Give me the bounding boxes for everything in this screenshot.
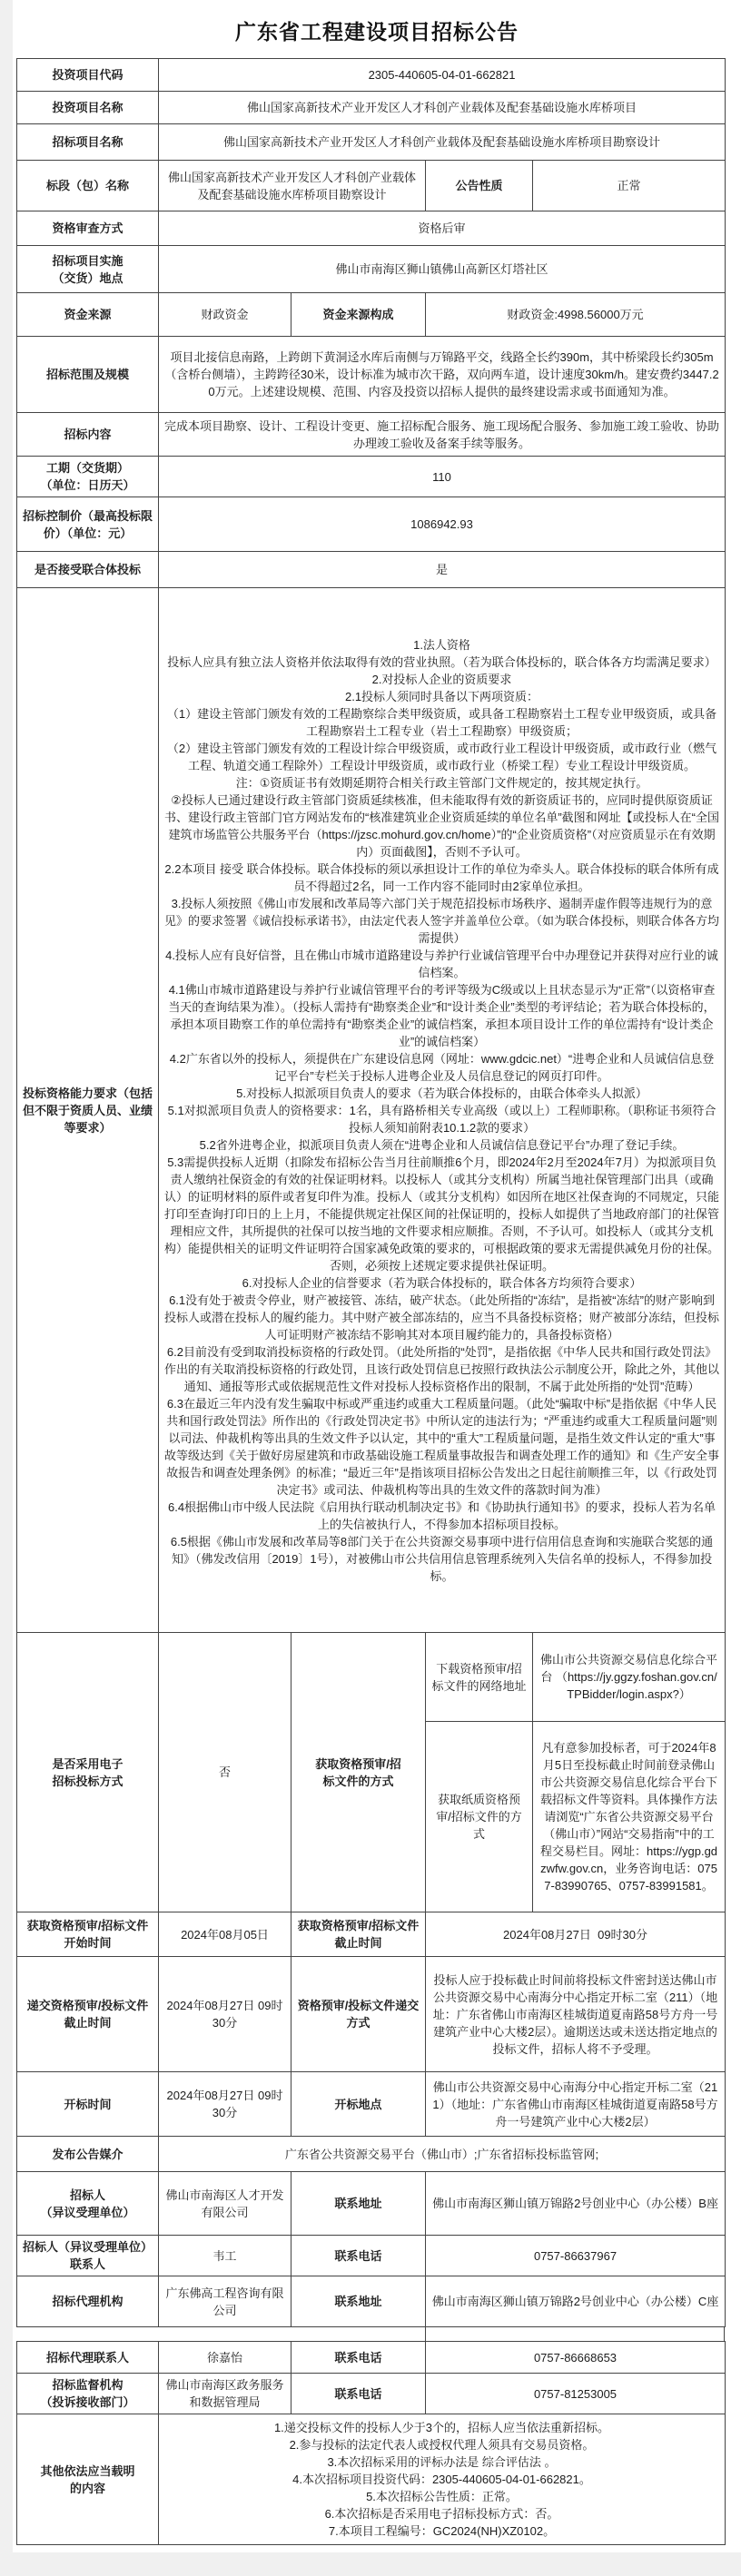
table-row: 招标人 （异议受理单位） 佛山市南海区人才开发有限公司 联系地址 佛山市南海区狮… [17, 2172, 726, 2236]
table-row: 招标内容 完成本项目勘察、设计、工程设计变更、施工招标配合服务、施工现场配合服务… [17, 413, 726, 457]
obtain-end-value: 2024年08月27日 09时30分 [426, 1912, 726, 1957]
bid-opening-time-label: 开标时间 [17, 2072, 159, 2137]
project-code-value: 2305-440605-04-01-662821 [159, 59, 726, 92]
table-row: 发布公告媒介 广东省公共资源交易平台（佛山市）;广东省招标投标监管网; [17, 2137, 726, 2172]
agency-label: 招标代理机构 [17, 2276, 159, 2327]
table-row: 招标代理机构 广东佛高工程咨询有限公司 联系地址 佛山市南海区狮山镇万锦路2号创… [17, 2276, 726, 2327]
scope-value: 项目北接信息南路，上跨朗下黄洞迳水库后南侧与万锦路平交，线路全长约390m，其中… [159, 337, 726, 413]
tenderer-contact-label: 招标人（异议受理单位）联系人 [17, 2236, 159, 2276]
supervisor-tel-label: 联系电话 [291, 2374, 426, 2414]
page-bottom-margin [0, 2552, 741, 2576]
table-gap [13, 2327, 741, 2341]
table-row: 递交资格预审/投标文件截止时间 2024年08月27日 09时30分 资格预审/… [17, 1957, 726, 2072]
section-name-label: 标段（包）名称 [17, 161, 159, 211]
location-value: 佛山市南海区狮山镇佛山高新区灯塔社区 [159, 246, 726, 293]
tenderer-tel-label: 联系电话 [291, 2236, 426, 2276]
contacts-table: 招标代理联系人 徐嘉怡 联系电话 0757-86668653 招标监督机构 （投… [16, 2341, 726, 2545]
agency-contact-label: 招标代理联系人 [17, 2342, 159, 2374]
tenderer-contact-value: 韦工 [159, 2236, 291, 2276]
funding-label: 资金来源 [17, 293, 159, 337]
agency-addr-value: 佛山市南海区狮山镇万锦路2号创业中心（办公楼）C座 [426, 2276, 726, 2327]
table-row: 招标人（异议受理单位）联系人 韦工 联系电话 0757-86637967 [17, 2236, 726, 2276]
tenderer-tel-value: 0757-86637967 [426, 2236, 726, 2276]
electronic-value: 否 [159, 1633, 291, 1912]
page-left-margin [0, 0, 13, 2576]
supervisor-label: 招标监督机构 （投诉接收部门） [17, 2374, 159, 2414]
qualification-label: 投标资格能力要求（包括但不限于资质人员、业绩等要求） [17, 588, 159, 1633]
submission-method-value: 投标人应于投标截止时间前将投标文件密封送达佛山市公共资源交易中心南海分中心指定开… [426, 1957, 726, 2072]
table-row: 是否采用电子 招标投标方式 否 获取资格预审/招 标文件的方式 下载资格预审/招… [17, 1633, 726, 1722]
qual-review-value: 资格后审 [159, 211, 726, 246]
project-code-label: 投资项目代码 [17, 59, 159, 92]
notice-nature-value: 正常 [533, 161, 726, 211]
table-row: 投资项目名称 佛山国家高新技术产业开发区人才科创产业载体及配套基础设施水库桥项目 [17, 92, 726, 124]
obtain-start-label: 获取资格预审/招标文件开始时间 [17, 1912, 159, 1957]
table-row: 开标时间 2024年08月27日 09时30分 开标地点 佛山市公共资源交易中心… [17, 2072, 726, 2137]
table-row: 投资项目代码 2305-440605-04-01-662821 [17, 59, 726, 92]
announcement-document: 广东省工程建设项目招标公告 投资项目代码 2305-440605-04-01-6… [13, 0, 741, 2545]
table-row: 招标项目实施 （交货）地点 佛山市南海区狮山镇佛山高新区灯塔社区 [17, 246, 726, 293]
table-row: 招标代理联系人 徐嘉怡 联系电话 0757-86668653 [17, 2342, 726, 2374]
table-row: 是否接受联合体投标 是 [17, 552, 726, 588]
supervisor-value: 佛山市南海区政务服务和数据管理局 [159, 2374, 291, 2414]
content-value: 完成本项目勘察、设计、工程设计变更、施工招标配合服务、施工现场配合服务、参加施工… [159, 413, 726, 457]
paper-method-label: 获取纸质资格预审/招标文件的方式 [426, 1722, 533, 1912]
page-title: 广东省工程建设项目招标公告 [13, 0, 741, 58]
table-row: 资金来源 财政资金 资金来源构成 财政资金:4998.56000万元 [17, 293, 726, 337]
table-row: 投标资格能力要求（包括但不限于资质人员、业绩等要求） 1.法人资格 投标人应具有… [17, 588, 726, 1633]
announcement-table: 投资项目代码 2305-440605-04-01-662821 投资项目名称 佛… [16, 58, 726, 2327]
tenderer-addr-label: 联系地址 [291, 2172, 426, 2236]
tenderer-value: 佛山市南海区人才开发有限公司 [159, 2172, 291, 2236]
table-row: 获取资格预审/招标文件开始时间 2024年08月05日 获取资格预审/招标文件截… [17, 1912, 726, 1957]
funding-value: 财政资金 [159, 293, 291, 337]
table-row: 招标范围及规模 项目北接信息南路，上跨朗下黄洞迳水库后南侧与万锦路平交，线路全长… [17, 337, 726, 413]
agency-value: 广东佛高工程咨询有限公司 [159, 2276, 291, 2327]
funding-composition-label: 资金来源构成 [291, 293, 426, 337]
location-label: 招标项目实施 （交货）地点 [17, 246, 159, 293]
agency-tel-value: 0757-86668653 [426, 2342, 726, 2374]
submission-deadline-label: 递交资格预审/投标文件截止时间 [17, 1957, 159, 2072]
table-row: 其他依法应当载明 的内容 1.递交投标文件的投标人少于3个的，招标人应当依法重新… [17, 2414, 726, 2545]
notice-nature-label: 公告性质 [426, 161, 533, 211]
duration-value: 110 [159, 457, 726, 497]
download-address-value: 佛山市公共资源交易信息化综合平台 （https://jy.ggzy.foshan… [533, 1633, 726, 1722]
electronic-label: 是否采用电子 招标投标方式 [17, 1633, 159, 1912]
qual-review-label: 资格审查方式 [17, 211, 159, 246]
media-value: 广东省公共资源交易平台（佛山市）;广东省招标投标监管网; [159, 2137, 726, 2172]
supervisor-tel-value: 0757-81253005 [426, 2374, 726, 2414]
tender-name-value: 佛山国家高新技术产业开发区人才科创产业载体及配套基础设施水库桥项目勘察设计 [159, 124, 726, 161]
tender-name-label: 招标项目名称 [17, 124, 159, 161]
media-label: 发布公告媒介 [17, 2137, 159, 2172]
table-row: 资格审查方式 资格后审 [17, 211, 726, 246]
project-name-label: 投资项目名称 [17, 92, 159, 124]
agency-contact-value: 徐嘉怡 [159, 2342, 291, 2374]
submission-deadline-value: 2024年08月27日 09时30分 [159, 1957, 291, 2072]
bid-opening-place-label: 开标地点 [291, 2072, 426, 2137]
submission-method-label: 资格预审/投标文件递交方式 [291, 1957, 426, 2072]
ceiling-price-value: 1086942.93 [159, 497, 726, 552]
content-label: 招标内容 [17, 413, 159, 457]
project-name-value: 佛山国家高新技术产业开发区人才科创产业载体及配套基础设施水库桥项目 [159, 92, 726, 124]
scope-label: 招标范围及规模 [17, 337, 159, 413]
paper-method-value: 凡有意参加投标者，可于2024年8月5日至投标截止时间前登录佛山市公共资源交易信… [533, 1722, 726, 1912]
other-content-value: 1.递交投标文件的投标人少于3个的，招标人应当依法重新招标。 2.参与投标的法定… [159, 2414, 726, 2545]
bid-opening-time-value: 2024年08月27日 09时30分 [159, 2072, 291, 2137]
ceiling-price-label: 招标控制价（最高投标限价）（单位：元） [17, 497, 159, 552]
obtain-end-label: 获取资格预审/招标文件截止时间 [291, 1912, 426, 1957]
consortium-value: 是 [159, 552, 726, 588]
tenderer-addr-value: 佛山市南海区狮山镇万锦路2号创业中心（办公楼）B座 [426, 2172, 726, 2236]
section-name-value: 佛山国家高新技术产业开发区人才科创产业载体及配套基础设施水库桥项目勘察设计 [159, 161, 426, 211]
qualification-value: 1.法人资格 投标人应具有独立法人资格并依法取得有效的营业执照。（若为联合体投标… [159, 588, 726, 1633]
obtain-start-value: 2024年08月05日 [159, 1912, 291, 1957]
table-row: 招标监督机构 （投诉接收部门） 佛山市南海区政务服务和数据管理局 联系电话 07… [17, 2374, 726, 2414]
agency-addr-label: 联系地址 [291, 2276, 426, 2327]
consortium-label: 是否接受联合体投标 [17, 552, 159, 588]
agency-tel-label: 联系电话 [291, 2342, 426, 2374]
tenderer-label: 招标人 （异议受理单位） [17, 2172, 159, 2236]
download-address-label: 下载资格预审/招标文件的网络地址 [426, 1633, 533, 1722]
table-row: 招标控制价（最高投标限价）（单位：元） 1086942.93 [17, 497, 726, 552]
obtain-method-label: 获取资格预审/招 标文件的方式 [291, 1633, 426, 1912]
bid-opening-place-value: 佛山市公共资源交易中心南海分中心指定开标二室（211）（地址：广东省佛山市南海区… [426, 2072, 726, 2137]
other-content-label: 其他依法应当载明 的内容 [17, 2414, 159, 2545]
table-row: 招标项目名称 佛山国家高新技术产业开发区人才科创产业载体及配套基础设施水库桥项目… [17, 124, 726, 161]
table-row: 工期（交货期） （单位：日历天） 110 [17, 457, 726, 497]
gap-cell-extension [425, 2327, 725, 2341]
duration-label: 工期（交货期） （单位：日历天） [17, 457, 159, 497]
funding-composition-value: 财政资金:4998.56000万元 [426, 293, 726, 337]
table-row: 标段（包）名称 佛山国家高新技术产业开发区人才科创产业载体及配套基础设施水库桥项… [17, 161, 726, 211]
